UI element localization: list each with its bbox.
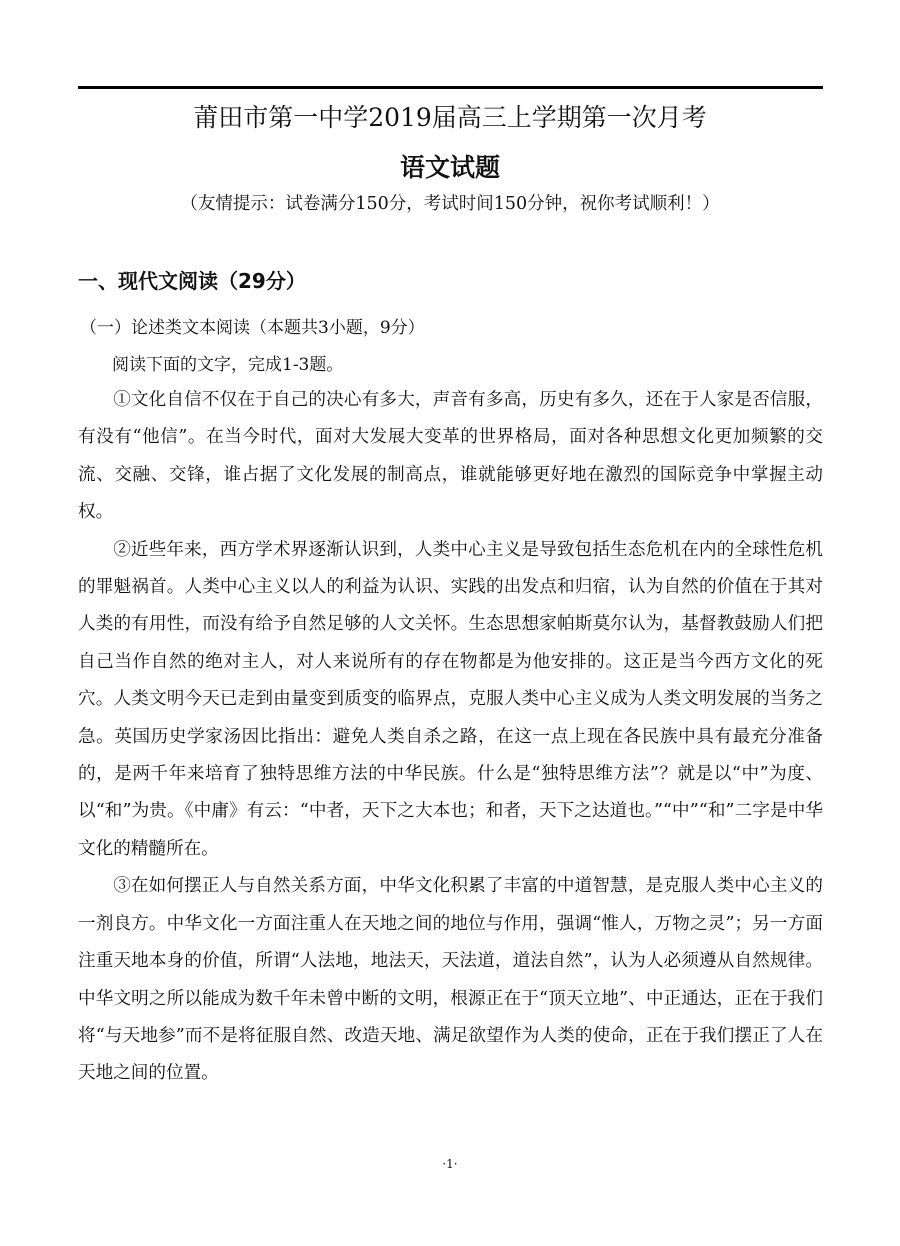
exam-subject: 语文试题: [0, 148, 900, 184]
reading-passage: ①文化自信不仅在于自己的决心有多大，声音有多高，历史有多久，还在于人家是否信服，…: [78, 382, 823, 1093]
exam-title: 莆田市第一中学2019届高三上学期第一次月考: [0, 98, 900, 134]
section-heading: 一、现代文阅读（29分）: [78, 265, 306, 294]
exam-hint: （友情提示：试卷满分150分，考试时间150分钟，祝你考试顺利！）: [0, 190, 900, 215]
paragraph-3: ③在如何摆正人与自然关系方面，中华文化积累了丰富的中道智慧，是克服人类中心主义的…: [78, 868, 823, 1092]
header-rule: [78, 86, 823, 89]
paragraph-2: ②近些年来，西方学术界逐渐认识到，人类中心主义是导致包括生态危机在内的全球性危机…: [78, 532, 823, 869]
paragraph-1: ①文化自信不仅在于自己的决心有多大，声音有多高，历史有多久，还在于人家是否信服，…: [78, 382, 823, 532]
page-number: ·1·: [0, 1157, 900, 1171]
subsection-heading: （一）论述类文本阅读（本题共3小题，9分）: [80, 313, 425, 338]
reading-instruction: 阅读下面的文字，完成1-3题。: [112, 350, 343, 375]
